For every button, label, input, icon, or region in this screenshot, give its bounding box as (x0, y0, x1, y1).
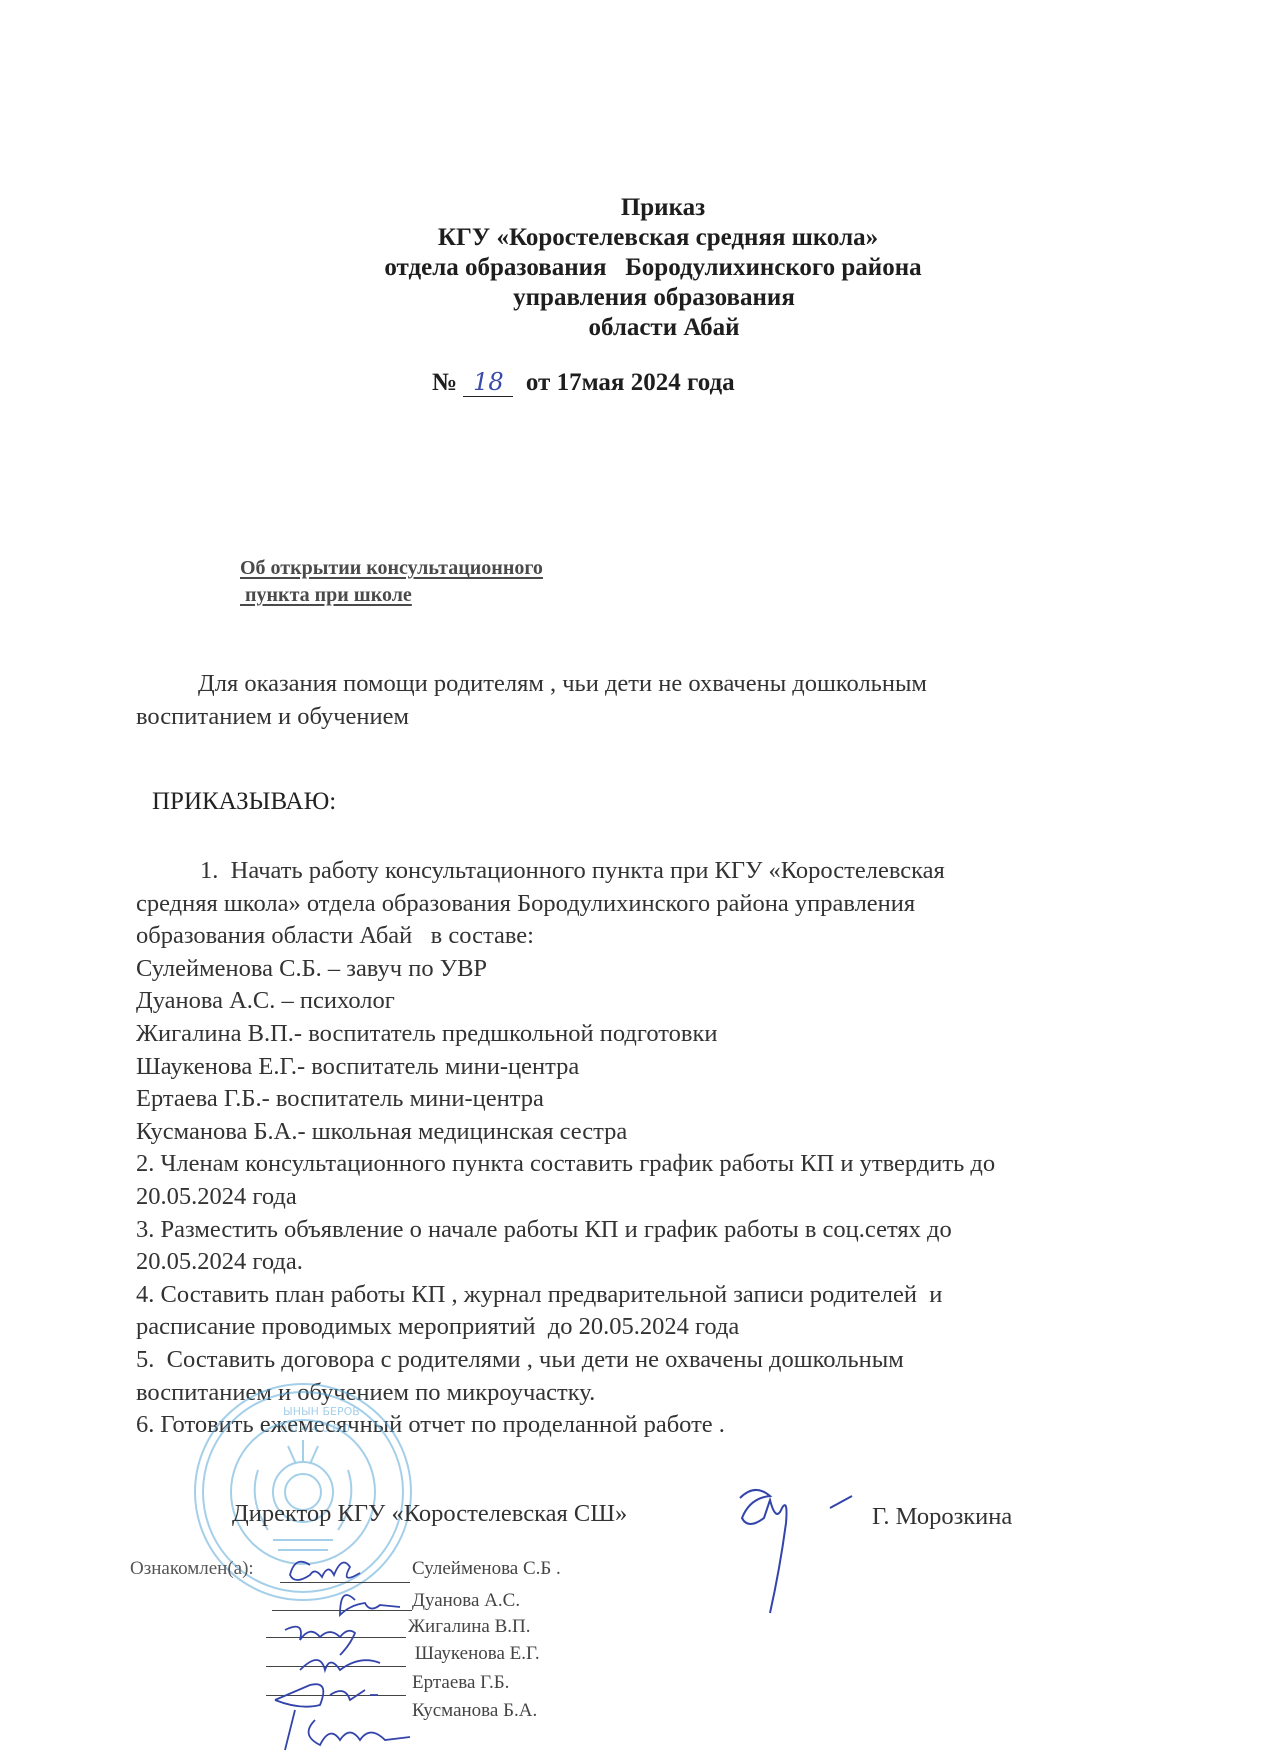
item-line: 3. Разместить объявление о начале работы… (136, 1214, 1216, 1247)
organization-region: области Абай (52, 313, 1276, 343)
item-line: 1. Начать работу консультационного пункт… (136, 855, 1216, 888)
preamble: Для оказания помощи родителям , чьи дети… (136, 668, 1216, 733)
order-subject: Об открытии консультационного пункта при… (240, 555, 543, 609)
document-header: Приказ КГУ «Коростелевская средняя школа… (0, 193, 1276, 343)
director-signature-icon (730, 1478, 860, 1618)
acknowledged-name: Шаукенова Е.Г. (410, 1643, 540, 1665)
order-number-line: № 18 от 17мая 2024 года (432, 368, 735, 397)
member-line: Дуанова А.С. – психолог (136, 985, 1216, 1018)
order-items: 1. Начать работу консультационного пункт… (136, 855, 1216, 1442)
member-line: Ертаева Г.Б.- воспитатель мини-центра (136, 1083, 1216, 1116)
item-line: 5. Составить договора с родителями , чьи… (136, 1344, 1216, 1377)
acknowledged-name: Ертаева Г.Б. (412, 1672, 509, 1694)
acknowledged-name: Дуанова А.С. (412, 1590, 520, 1612)
director-name: Г. Морозкина (872, 1503, 1012, 1531)
member-line: Шаукенова Е.Г.- воспитатель мини-центра (136, 1051, 1216, 1084)
director-title: Директор КГУ «Коростелевская СШ» (232, 1500, 627, 1528)
item-line: образования области Абай в составе: (136, 920, 1216, 953)
subject-line-1: Об открытии консультационного (240, 555, 543, 582)
subject-line-2: пункта при школе (240, 582, 543, 609)
item-line: 2. Членам консультационного пункта соста… (136, 1148, 1216, 1181)
acknowledged-name: Сулейменова С.Б . (412, 1558, 561, 1580)
document-title: Приказ (50, 193, 1276, 223)
item-line: средняя школа» отдела образования Бороду… (136, 888, 1216, 921)
organization-department: отдела образования Бородулихинского райо… (30, 253, 1276, 283)
item-line: 20.05.2024 года. (136, 1246, 1216, 1279)
order-date: от 17мая 2024 года (513, 369, 734, 396)
item-line: 20.05.2024 года (136, 1181, 1216, 1214)
organization-administration: управления образования (32, 283, 1276, 313)
preamble-line-2: воспитанием и обучением (136, 701, 1216, 734)
organization-name: КГУ «Коростелевская средняя школа» (40, 223, 1276, 253)
member-line: Жигалина В.П.- воспитатель предшкольной … (136, 1018, 1216, 1051)
preamble-line-1: Для оказания помощи родителям , чьи дети… (136, 668, 1216, 701)
svg-text:ЫНЫН БЕРОВ: ЫНЫН БЕРОВ (283, 1405, 360, 1418)
staff-signatures-icon (270, 1545, 420, 1755)
item-line: 4. Составить план работы КП , журнал пре… (136, 1279, 1216, 1312)
member-line: Сулейменова С.Б. – завуч по УВР (136, 953, 1216, 986)
acknowledged-name: Кусманова Б.А. (412, 1700, 537, 1722)
member-line: Кусманова Б.А.- школьная медицинская сес… (136, 1116, 1216, 1149)
item-line: расписание проводимых мероприятий до 20.… (136, 1311, 1216, 1344)
svg-text:0 0 4 4 0 0 0: 0 0 4 4 0 0 0 (280, 1422, 350, 1435)
acknowledgement-label: Ознакомлен(а): (130, 1558, 254, 1580)
acknowledged-name: Жигалина В.П. (408, 1616, 530, 1638)
document-page: Приказ КГУ «Коростелевская средняя школа… (0, 0, 1276, 1755)
number-sign: № (432, 369, 457, 396)
order-number-handwritten: 18 (463, 368, 513, 397)
order-heading: ПРИКАЗЫВАЮ: (152, 788, 336, 816)
